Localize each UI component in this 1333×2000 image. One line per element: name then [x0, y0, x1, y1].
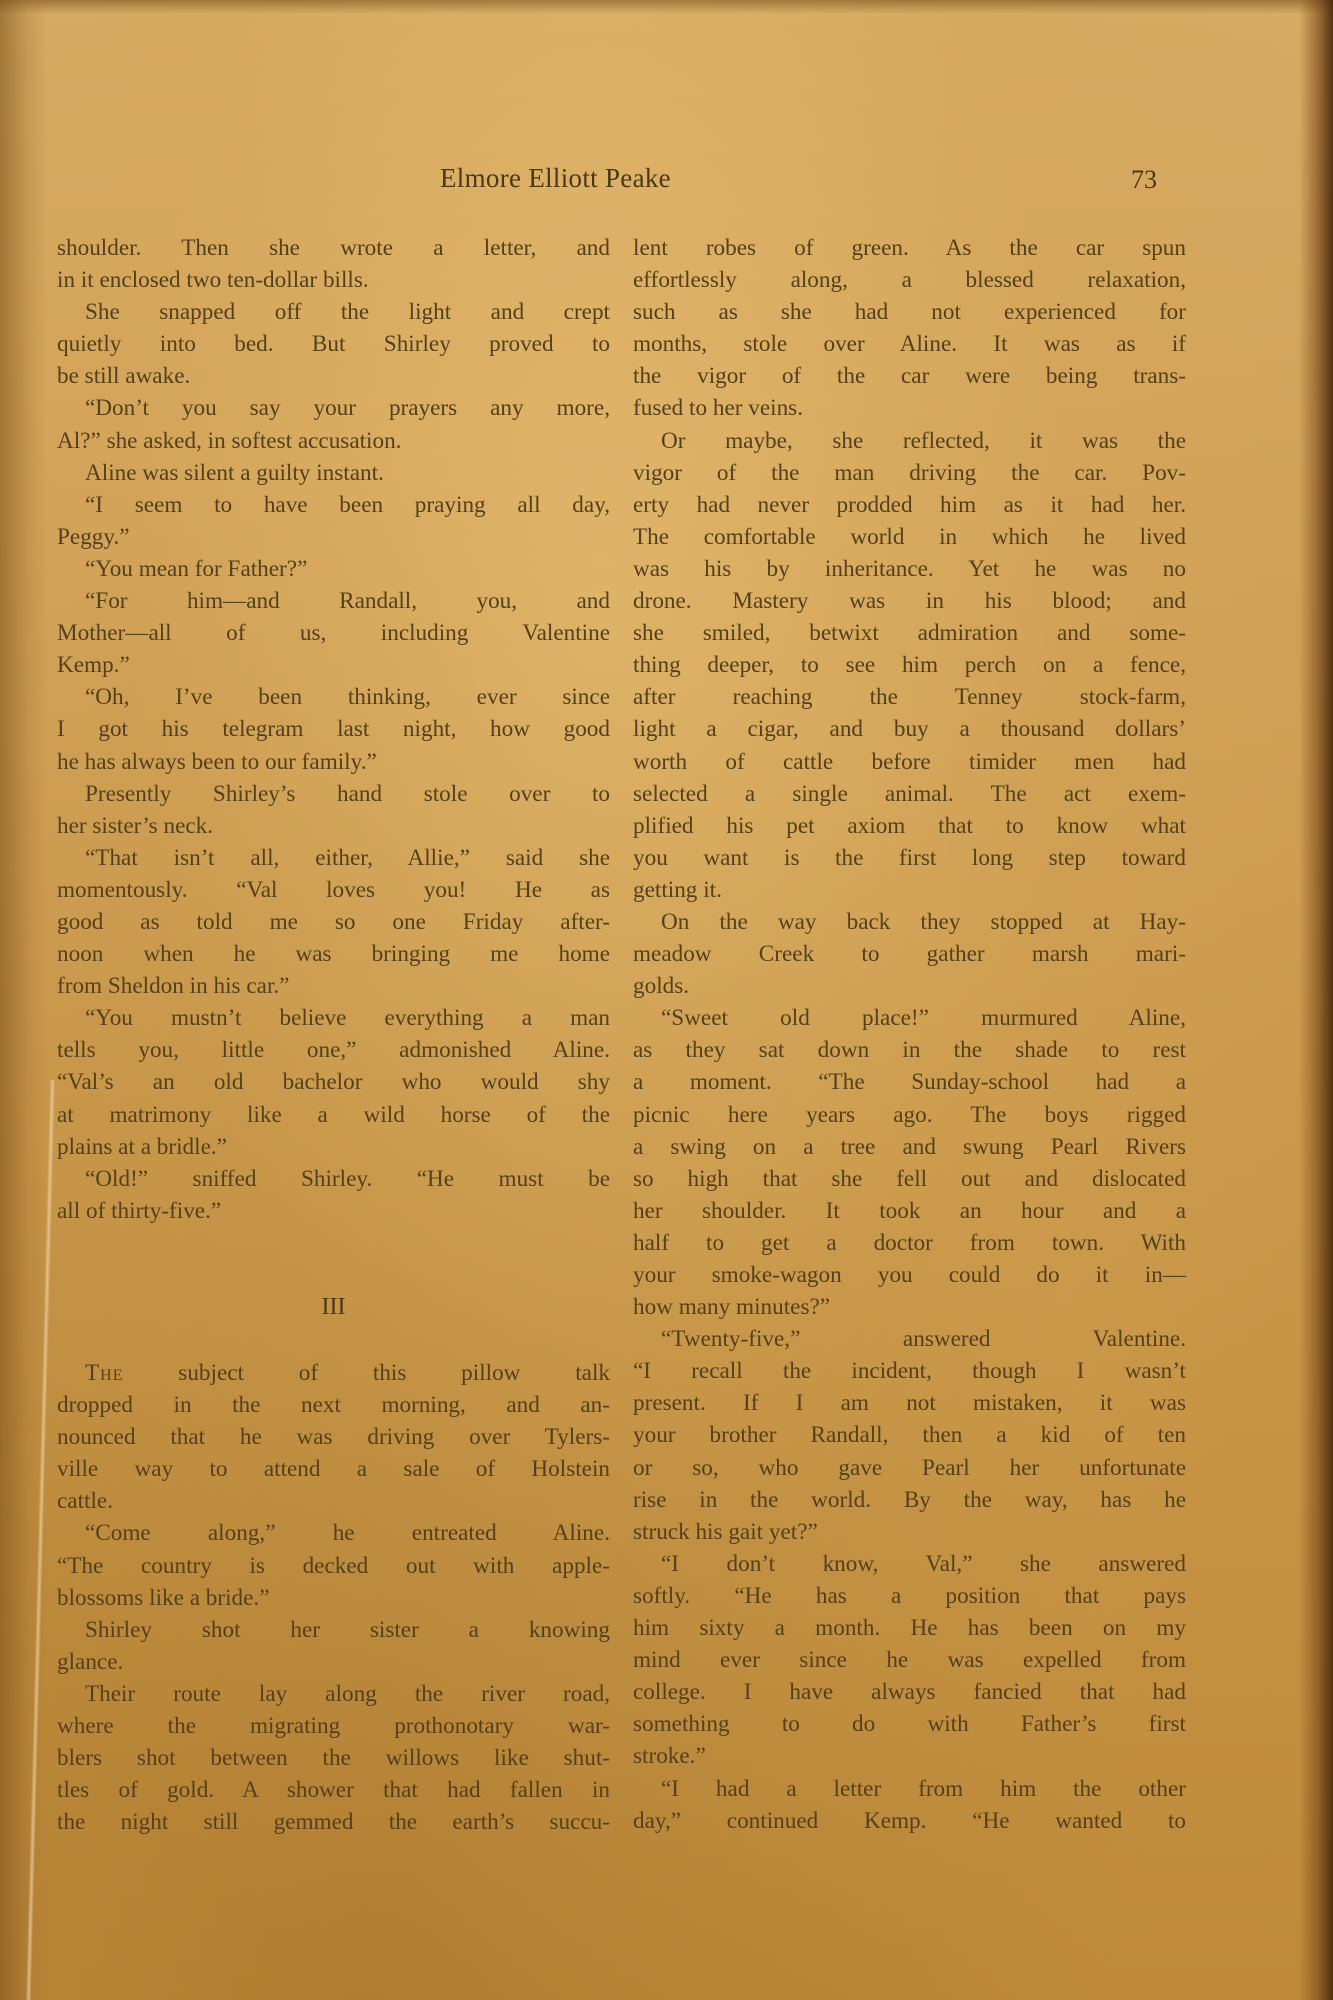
text-line: in it enclosed two ten-dollar bills.: [57, 264, 610, 296]
text-line: picnic here years ago. The boys rigged: [633, 1099, 1186, 1131]
text-line: Mother—all of us, including Valentine: [57, 617, 610, 649]
right-column-text: lent robes of green. As the car spuneffo…: [633, 232, 1186, 1837]
text-line: Peggy.”: [57, 521, 610, 553]
text-line: tles of gold. A shower that had fallen i…: [57, 1774, 610, 1806]
text-line: dropped in the next morning, and an-: [57, 1389, 610, 1421]
text-line: Their route lay along the river road,: [57, 1678, 610, 1710]
text-line: The comfortable world in which he lived: [633, 521, 1186, 553]
text-line: the night still gemmed the earth’s succu…: [57, 1806, 610, 1838]
text-line: I got his telegram last night, how good: [57, 713, 610, 745]
text-line: shoulder. Then she wrote a letter, and: [57, 232, 610, 264]
text-line: at matrimony like a wild horse of the: [57, 1099, 610, 1131]
text-line: “Twenty-five,” answered Valentine.: [633, 1323, 1186, 1355]
text-line: from Sheldon in his car.”: [57, 970, 610, 1002]
text-line: present. If I am not mistaken, it was: [633, 1387, 1186, 1419]
text-line: be still awake.: [57, 360, 610, 392]
page-gutter: [0, 0, 48, 2000]
text-line: “You mustn’t believe everything a man: [57, 1002, 610, 1034]
text-line: “Old!” sniffed Shirley. “He must be: [57, 1163, 610, 1195]
text-line: something to do with Father’s first: [633, 1708, 1186, 1740]
text-line: the vigor of the car were being trans-: [633, 360, 1186, 392]
text-line: The subject of this pillow talk: [57, 1357, 610, 1389]
text-line: noon when he was bringing me home: [57, 938, 610, 970]
text-line: vigor of the man driving the car. Pov-: [633, 457, 1186, 489]
text-line: she smiled, betwixt admiration and some-: [633, 617, 1186, 649]
text-line: worth of cattle before timider men had: [633, 746, 1186, 778]
right-column: lent robes of green. As the car spuneffo…: [633, 232, 1186, 1837]
text-line: day,” continued Kemp. “He wanted to: [633, 1805, 1186, 1837]
text-line: meadow Creek to gather marsh mari-: [633, 938, 1186, 970]
text-line: him sixty a month. He has been on my: [633, 1612, 1186, 1644]
text-line: “I don’t know, Val,” she answered: [633, 1548, 1186, 1580]
text-line: softly. “He has a position that pays: [633, 1580, 1186, 1612]
text-line: She snapped off the light and crept: [57, 296, 610, 328]
text-line: “Sweet old place!” murmured Aline,: [633, 1002, 1186, 1034]
text-line: “I had a letter from him the other: [633, 1773, 1186, 1805]
text-line: fused to her veins.: [633, 392, 1186, 424]
left-column-text: shoulder. Then she wrote a letter, andin…: [57, 232, 610, 1227]
text-line: “That isn’t all, either, Allie,” said sh…: [57, 842, 610, 874]
text-line: how many minutes?”: [633, 1291, 1186, 1323]
text-line: college. I have always fancied that had: [633, 1676, 1186, 1708]
text-line: such as she had not experienced for: [633, 296, 1186, 328]
text-line: thing deeper, to see him perch on a fenc…: [633, 649, 1186, 681]
text-line: plified his pet axiom that to know what: [633, 810, 1186, 842]
text-line: tells you, little one,” admonished Aline…: [57, 1034, 610, 1066]
text-line: “Oh, I’ve been thinking, ever since: [57, 681, 610, 713]
text-line: after reaching the Tenney stock-farm,: [633, 681, 1186, 713]
text-line: rise in the world. By the way, has he: [633, 1484, 1186, 1516]
left-column: shoulder. Then she wrote a letter, andin…: [57, 232, 610, 1838]
text-line: blossoms like a bride.”: [57, 1582, 610, 1614]
text-line: her shoulder. It took an hour and a: [633, 1195, 1186, 1227]
text-line: glance.: [57, 1646, 610, 1678]
text-line: months, stole over Aline. It was as if: [633, 328, 1186, 360]
text-line: selected a single animal. The act exem-: [633, 778, 1186, 810]
text-line: he has always been to our family.”: [57, 746, 610, 778]
page-right-edge-shadow: [1299, 0, 1333, 2000]
text-line: light a cigar, and buy a thousand dollar…: [633, 713, 1186, 745]
text-line: ville way to attend a sale of Holstein: [57, 1453, 610, 1485]
text-line: “You mean for Father?”: [57, 553, 610, 585]
text-line: all of thirty-five.”: [57, 1195, 610, 1227]
text-line-content: subject of this pillow talk: [124, 1360, 611, 1386]
text-line: “I recall the incident, though I wasn’t: [633, 1355, 1186, 1387]
text-line: or so, who gave Pearl her unfortunate: [633, 1452, 1186, 1484]
text-line: Al?” she asked, in softest accusation.: [57, 425, 610, 457]
text-line: getting it.: [633, 874, 1186, 906]
page-number: 73: [1131, 165, 1157, 195]
text-line: blers shot between the willows like shut…: [57, 1742, 610, 1774]
text-line: erty had never prodded him as it had her…: [633, 489, 1186, 521]
text-line: struck his gait yet?”: [633, 1516, 1186, 1548]
text-line: you want is the first long step toward: [633, 842, 1186, 874]
text-line: plains at a bridle.”: [57, 1131, 610, 1163]
text-line: “For him—and Randall, you, and: [57, 585, 610, 617]
text-line: cattle.: [57, 1485, 610, 1517]
text-line: where the migrating prothonotary war-: [57, 1710, 610, 1742]
text-line: “Val’s an old bachelor who would shy: [57, 1066, 610, 1098]
text-line: good as told me so one Friday after-: [57, 906, 610, 938]
book-page: Elmore Elliott Peake 73 shoulder. Then s…: [0, 0, 1333, 2000]
running-head: Elmore Elliott Peake: [440, 163, 671, 194]
text-line: “The country is decked out with apple-: [57, 1550, 610, 1582]
text-line: half to get a doctor from town. With: [633, 1227, 1186, 1259]
text-line: “Don’t you say your prayers any more,: [57, 392, 610, 424]
text-line: drone. Mastery was in his blood; and: [633, 585, 1186, 617]
text-line: Aline was silent a guilty instant.: [57, 457, 610, 489]
text-line: Or maybe, she reflected, it was the: [633, 425, 1186, 457]
text-line: On the way back they stopped at Hay-: [633, 906, 1186, 938]
page-top-edge-shadow: [0, 0, 1333, 14]
text-line: her sister’s neck.: [57, 810, 610, 842]
text-line: effortlessly along, a blessed relaxation…: [633, 264, 1186, 296]
text-line: as they sat down in the shade to rest: [633, 1034, 1186, 1066]
text-line: momentously. “Val loves you! He as: [57, 874, 610, 906]
text-line: a swing on a tree and swung Pearl Rivers: [633, 1131, 1186, 1163]
text-line: was his by inheritance. Yet he was no: [633, 553, 1186, 585]
section-text: The subject of this pillow talkdropped i…: [57, 1357, 610, 1838]
text-line: your brother Randall, then a kid of ten: [633, 1419, 1186, 1451]
section-number: III: [57, 1291, 610, 1323]
text-line: Shirley shot her sister a knowing: [57, 1614, 610, 1646]
text-line: so high that she fell out and dislocated: [633, 1163, 1186, 1195]
text-line: a moment. “The Sunday-school had a: [633, 1066, 1186, 1098]
text-line: Presently Shirley’s hand stole over to: [57, 778, 610, 810]
text-line: nounced that he was driving over Tylers-: [57, 1421, 610, 1453]
text-line: mind ever since he was expelled from: [633, 1644, 1186, 1676]
text-line: stroke.”: [633, 1740, 1186, 1772]
text-line: “Come along,” he entreated Aline.: [57, 1517, 610, 1549]
text-line: “I seem to have been praying all day,: [57, 489, 610, 521]
text-line: golds.: [633, 970, 1186, 1002]
text-line: quietly into bed. But Shirley proved to: [57, 328, 610, 360]
text-line: your smoke-wagon you could do it in—: [633, 1259, 1186, 1291]
text-line: lent robes of green. As the car spun: [633, 232, 1186, 264]
section-lead-word: The: [85, 1360, 124, 1386]
text-line: Kemp.”: [57, 649, 610, 681]
